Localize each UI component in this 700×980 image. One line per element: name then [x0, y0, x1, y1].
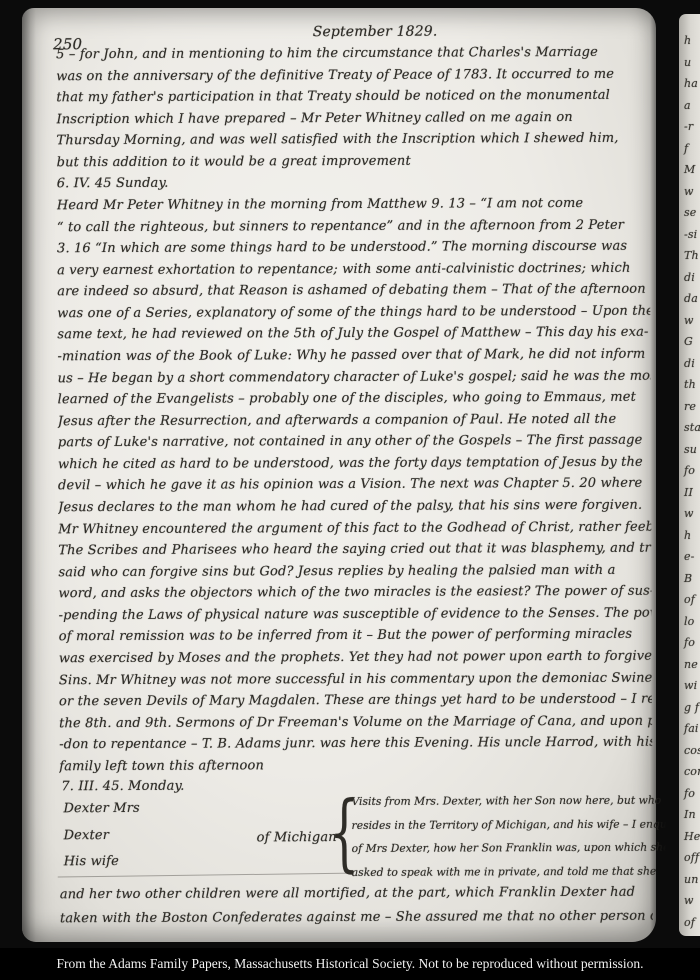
facing-page-fragment: fo	[684, 787, 695, 800]
manuscript-page: 250 September 1829. 5 – for John, and in…	[22, 8, 656, 942]
facing-page-fragment: cos	[684, 744, 700, 757]
manuscript-line: or the seven Devils of Mary Magdalen. Th…	[59, 692, 652, 710]
manuscript-line: -mination was of the Book of Luke: Why h…	[57, 347, 650, 365]
facing-page-fragment: u	[684, 56, 691, 69]
manuscript-line: us – He began by a short commendatory ch…	[58, 368, 651, 386]
facing-page-fragment: II	[684, 486, 693, 499]
facing-page-fragment: fai	[684, 722, 699, 735]
facing-page-fragment: f	[684, 142, 688, 155]
facing-page-fragment: h	[684, 529, 691, 542]
manuscript-line: Thursday Morning, and was well satisfied…	[57, 131, 650, 149]
facing-page-fragment: se	[684, 206, 696, 219]
manuscript-line: learned of the Evangelists – probably on…	[58, 390, 651, 408]
manuscript-line: said who can forgive sins but God? Jesus…	[58, 562, 651, 580]
facing-page-sliver: huhaa-rfMwse-siThdidawGdithrestasufoIIwh…	[679, 14, 700, 936]
facing-page-fragment: a	[684, 99, 691, 112]
scan-frame: 250 September 1829. 5 – for John, and in…	[0, 0, 700, 980]
entry-date-heading: 7. III. 45. Monday.	[61, 779, 184, 795]
facing-page-fragment: ne	[684, 658, 698, 671]
facing-page-fragment: th	[684, 378, 696, 391]
month-header: September 1829.	[270, 23, 480, 40]
manuscript-line: Jesus declares to the man whom he had cu…	[58, 498, 651, 516]
facing-page-fragment: M	[684, 163, 695, 176]
manuscript-line: was on the anniversary of the definitive…	[56, 66, 649, 84]
manuscript-line: parts of Luke's narrative, not contained…	[58, 433, 651, 451]
margin-divider-rule	[58, 873, 352, 878]
facing-page-fragment: B	[684, 572, 692, 585]
facing-page-fragment: fo	[684, 636, 695, 649]
manuscript-line: Sins. Mr Whitney was not more successful…	[59, 670, 652, 688]
facing-page-fragment: -r	[684, 120, 693, 133]
manuscript-line: but this addition to it would be a great…	[57, 152, 650, 170]
manuscript-line: was one of a Series, explanatory of some…	[57, 303, 650, 321]
manuscript-line: Inscription which I have prepared – Mr P…	[56, 109, 649, 127]
facing-page-fragment: di	[684, 271, 695, 284]
facing-page-fragment: di	[684, 357, 695, 370]
manuscript-line: Mr Whitney encountered the argument of t…	[58, 519, 651, 537]
facing-page-fragment: He	[684, 830, 700, 843]
facing-page-fragment: Th	[684, 249, 699, 262]
facing-page-fragment: su	[684, 443, 697, 456]
margin-note-of-michigan: of Michigan	[257, 830, 337, 845]
manuscript-line: -don to repentance – T. B. Adams junr. w…	[59, 735, 652, 753]
facing-page-fragment: sta	[684, 421, 700, 434]
manuscript-line: devil – which he gave it as his opinion …	[58, 476, 651, 494]
margin-note-his-wife: His wife	[64, 854, 119, 869]
facing-page-fragment: con	[684, 765, 700, 778]
manuscript-line: and her two other children were all mort…	[60, 885, 653, 903]
facing-page-fragment: g f	[684, 701, 699, 714]
manuscript-line: -pending the Laws of physical nature was…	[59, 605, 652, 623]
facing-page-fragment: da	[684, 292, 698, 305]
manuscript-note-line: resides in the Territory of Michigan, an…	[351, 817, 673, 831]
facing-page-fragment: -si	[684, 228, 697, 241]
margin-note-dexter-mrs: Dexter Mrs	[63, 801, 139, 816]
manuscript-line: Heard Mr Peter Whitney in the morning fr…	[57, 196, 650, 214]
book-gutter-shadow	[650, 0, 680, 952]
attribution-caption: From the Adams Family Papers, Massachuse…	[0, 956, 700, 972]
manuscript-line: word, and asks the objectors which of th…	[58, 584, 651, 602]
entry7-note-column: Visits from Mrs. Dexter, with her Son no…	[20, 7, 654, 10]
manuscript-note-line: asked to speak with me in private, and t…	[352, 864, 674, 878]
manuscript-line: The Scribes and Pharisees who heard the …	[58, 541, 651, 559]
manuscript-line: which he cited as hard to be understood,…	[58, 454, 651, 472]
facing-page-fragment: w	[684, 314, 694, 327]
facing-page-fragment: w	[684, 185, 694, 198]
manuscript-line: family left town this afternoon	[59, 756, 652, 774]
manuscript-line: of moral remission was to be inferred fr…	[59, 627, 652, 645]
facing-page-fragment: wi	[684, 679, 697, 692]
manuscript-line: are indeed so absurd, that Reason is ash…	[57, 282, 650, 300]
facing-page-fragment: e-	[684, 550, 695, 563]
facing-page-fragment: re	[684, 400, 696, 413]
facing-page-fragment: lo	[684, 615, 694, 628]
manuscript-line: a very earnest exhortation to repentance…	[57, 260, 650, 278]
manuscript-line: same text, he had reviewed on the 5th of…	[57, 325, 650, 343]
manuscript-line: that my father's participation in that T…	[56, 88, 649, 106]
facing-page-fragment: In	[684, 808, 696, 821]
manuscript-text-layer: 250 September 1829. 5 – for John, and in…	[20, 7, 658, 944]
manuscript-note-line: Visits from Mrs. Dexter, with her Son no…	[351, 794, 673, 808]
manuscript-line: 3. 16 “In which are some things hard to …	[57, 239, 650, 257]
facing-page-fragment: off	[684, 851, 699, 864]
margin-note-dexter: Dexter	[64, 828, 110, 843]
facing-page-fragment: G	[684, 335, 693, 348]
manuscript-note-line: of Mrs Dexter, how her Son Franklin was,…	[352, 841, 674, 855]
facing-page-fragment: w	[684, 894, 694, 907]
facing-page-fragment: un	[684, 873, 698, 886]
facing-page-fragment: w	[684, 507, 694, 520]
facing-page-fragment: of	[684, 916, 695, 929]
facing-page-fragment: h	[684, 34, 691, 47]
facing-page-fragment: ha	[684, 77, 698, 90]
manuscript-line: taken with the Boston Confederates again…	[60, 909, 653, 927]
facing-page-fragment: of	[684, 593, 695, 606]
manuscript-body: 5 – for John, and in mentioning to him t…	[20, 7, 654, 10]
facing-page-fragment: fo	[684, 464, 695, 477]
manuscript-line: “ to call the righteous, but sinners to …	[57, 217, 650, 235]
manuscript-line: 5 – for John, and in mentioning to him t…	[56, 45, 649, 63]
manuscript-line: the 8th. and 9th. Sermons of Dr Freeman'…	[59, 713, 652, 731]
manuscript-line: 6. IV. 45 Sunday.	[57, 174, 650, 192]
manuscript-line: Jesus after the Resurrection, and afterw…	[58, 411, 651, 429]
manuscript-line: was exercised by Moses and the prophets.…	[59, 649, 652, 667]
